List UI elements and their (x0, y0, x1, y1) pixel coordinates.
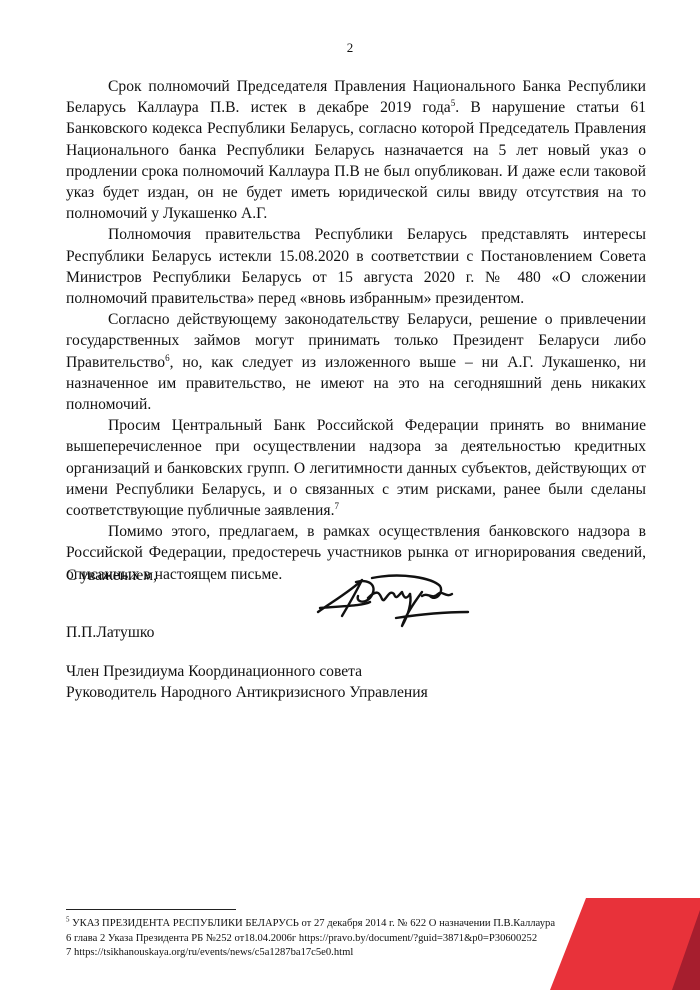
paragraph-governor-term: Срок полномочий Председателя Правления Н… (66, 76, 646, 224)
footnote-separator (66, 909, 236, 910)
paragraph-government-powers: Полномочия правительства Республики Бела… (66, 224, 646, 309)
page-number: 2 (0, 40, 700, 56)
letter-body: Срок полномочий Председателя Правления Н… (66, 76, 646, 585)
footnote-text[interactable]: 6 глава 2 Указа Президента РБ №252 от18.… (66, 933, 537, 944)
paragraph-text: Полномочия правительства Республики Бела… (66, 226, 646, 307)
footnote-text: УКАЗ ПРЕЗИДЕНТА РЕСПУБЛИКИ БЕЛАРУСЬ от 2… (70, 918, 556, 929)
footnote-text[interactable]: 7 https://tsikhanouskaya.org/ru/events/n… (66, 947, 353, 958)
signer-title-2: Руководитель Народного Антикризисного Уп… (66, 682, 428, 703)
signer-name: П.П.Латушко (66, 622, 154, 643)
paragraph-request-central-bank: Просим Центральный Банк Российской Федер… (66, 415, 646, 521)
signer-title-1: Член Президиума Координационного совета (66, 661, 428, 682)
paragraph-text: Просим Центральный Банк Российской Федер… (66, 417, 646, 519)
footnote-7[interactable]: 7 https://tsikhanouskaya.org/ru/events/n… (66, 946, 626, 961)
signer-titles: Член Президиума Координационного совета … (66, 661, 428, 703)
footnotes: 5 УКАЗ ПРЕЗИДЕНТА РЕСПУБЛИКИ БЕЛАРУСЬ от… (66, 917, 626, 961)
paragraph-state-loans: Согласно действующему законодательству Б… (66, 309, 646, 415)
footnote-6[interactable]: 6 глава 2 Указа Президента РБ №252 от18.… (66, 932, 626, 947)
footnote-ref-7[interactable]: 7 (334, 501, 339, 511)
signature-image (312, 572, 472, 630)
footnote-5: 5 УКАЗ ПРЕЗИДЕНТА РЕСПУБЛИКИ БЕЛАРУСЬ от… (66, 917, 626, 932)
paragraph-text: . В нарушение статьи 61 Банковского коде… (66, 99, 646, 222)
closing-regards: С уважением, (66, 565, 157, 586)
